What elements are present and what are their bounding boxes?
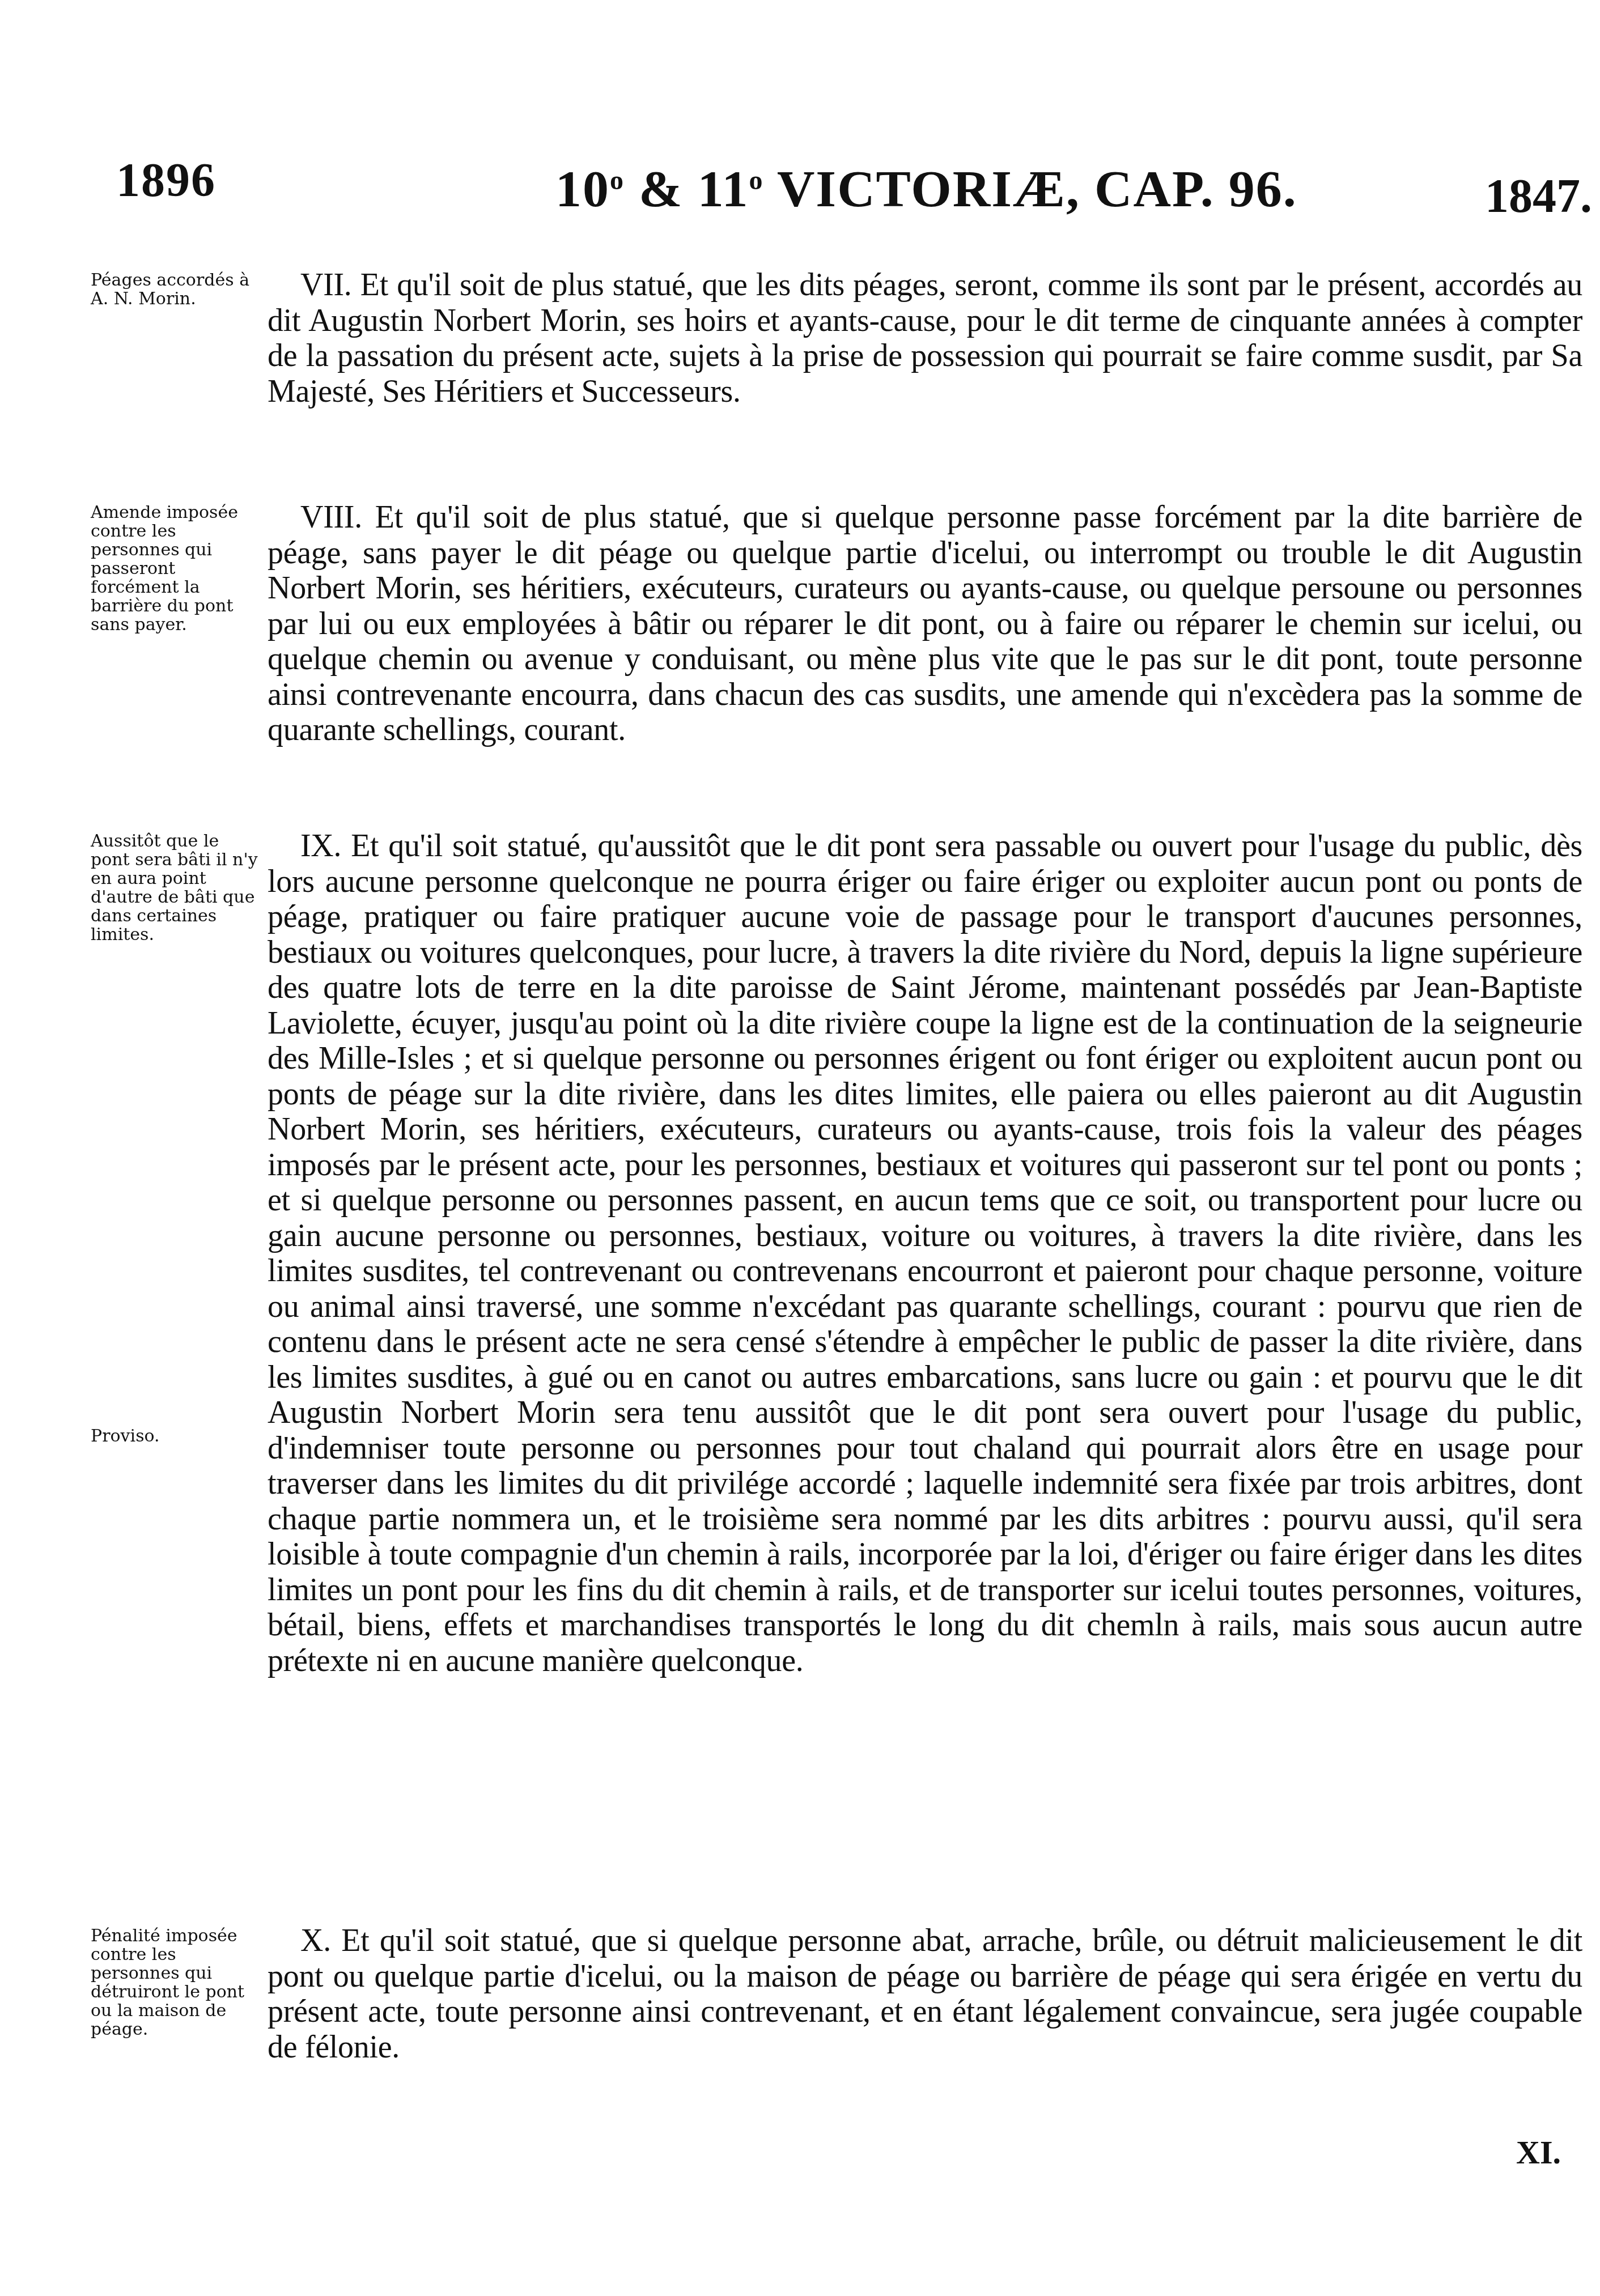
section-body: Et qu'il soit statué, que si quelque per…: [268, 1923, 1582, 2065]
section-body: Et qu'il soit statué, qu'aussitôt que le…: [268, 828, 1582, 1678]
title-regnal-year-b: & 11: [625, 160, 749, 218]
section-number: X.: [300, 1923, 331, 1958]
page-header: 1896 10o & 11o VICTORIÆ, CAP. 96. 1847.: [0, 142, 1600, 215]
catchword: XI.: [1516, 2133, 1561, 2171]
section-text: X. Et qu'il soit statué, que si quelque …: [268, 1923, 1582, 2065]
section-text: VIII. Et qu'il soit de plus statué, que …: [268, 500, 1582, 748]
title-ordinal-b: o: [749, 165, 764, 195]
section-body: Et qu'il soit de plus statué, que les di…: [268, 267, 1582, 409]
margin-note: Pénalité imposée contre les personnes qu…: [91, 1927, 261, 2039]
page-number: 1896: [116, 153, 216, 208]
section-body: Et qu'il soit de plus statué, que si que…: [268, 500, 1582, 747]
section-text: IX. Et qu'il soit statué, qu'aussitôt qu…: [268, 828, 1582, 1678]
title-regnal-year-a: 10: [555, 160, 610, 218]
margin-note: Aussitôt que le pont sera bâti il n'y en…: [91, 832, 261, 944]
section-number: IX.: [300, 828, 341, 864]
section-text: VII. Et qu'il soit de plus statué, que l…: [268, 267, 1582, 409]
margin-note: Amende imposée contre les personnes qui …: [91, 503, 261, 634]
title-chapter: VICTORIÆ, CAP. 96.: [764, 160, 1297, 218]
section-number: VII.: [300, 267, 352, 303]
title-ordinal-a: o: [610, 165, 625, 195]
year: 1847.: [1485, 169, 1592, 224]
margin-note-proviso: Proviso.: [91, 1427, 261, 1445]
margin-note: Péages accordés à A. N. Morin.: [91, 271, 261, 308]
running-title: 10o & 11o VICTORIÆ, CAP. 96.: [555, 159, 1297, 219]
section-number: VIII.: [300, 500, 362, 535]
